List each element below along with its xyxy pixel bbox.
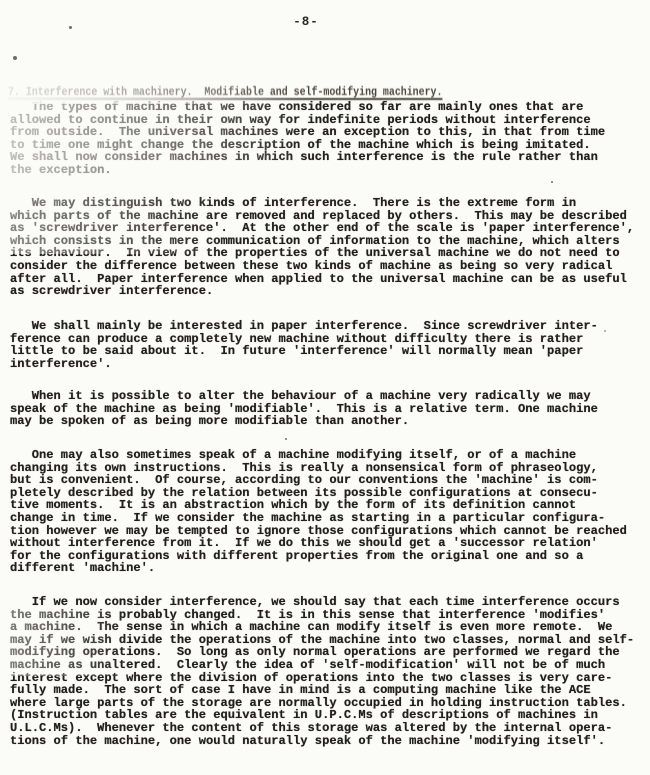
scan-speckle (604, 330, 606, 332)
paragraph-3: We shall mainly be interested in paper i… (10, 320, 646, 370)
scan-speckle (13, 56, 17, 60)
scan-speckle (285, 438, 287, 440)
paragraph-2: We may distinguish two kinds of interfer… (10, 197, 646, 298)
paragraph-1: The types of machine that we have consid… (10, 101, 646, 177)
paragraph-4: When it is possible to alter the behavio… (10, 390, 646, 428)
scan-speckle (551, 181, 553, 183)
scanned-document-page: -8- 7. Interference with machinery. Modi… (0, 0, 650, 775)
page-number: -8- (0, 15, 612, 29)
paragraph-5: One may also sometimes speak of a machin… (10, 449, 646, 575)
paragraph-6: If we now consider interference, we shou… (10, 596, 646, 747)
section-heading: 7. Interference with machinery. Modifiab… (8, 86, 442, 99)
scan-speckle (69, 26, 72, 29)
